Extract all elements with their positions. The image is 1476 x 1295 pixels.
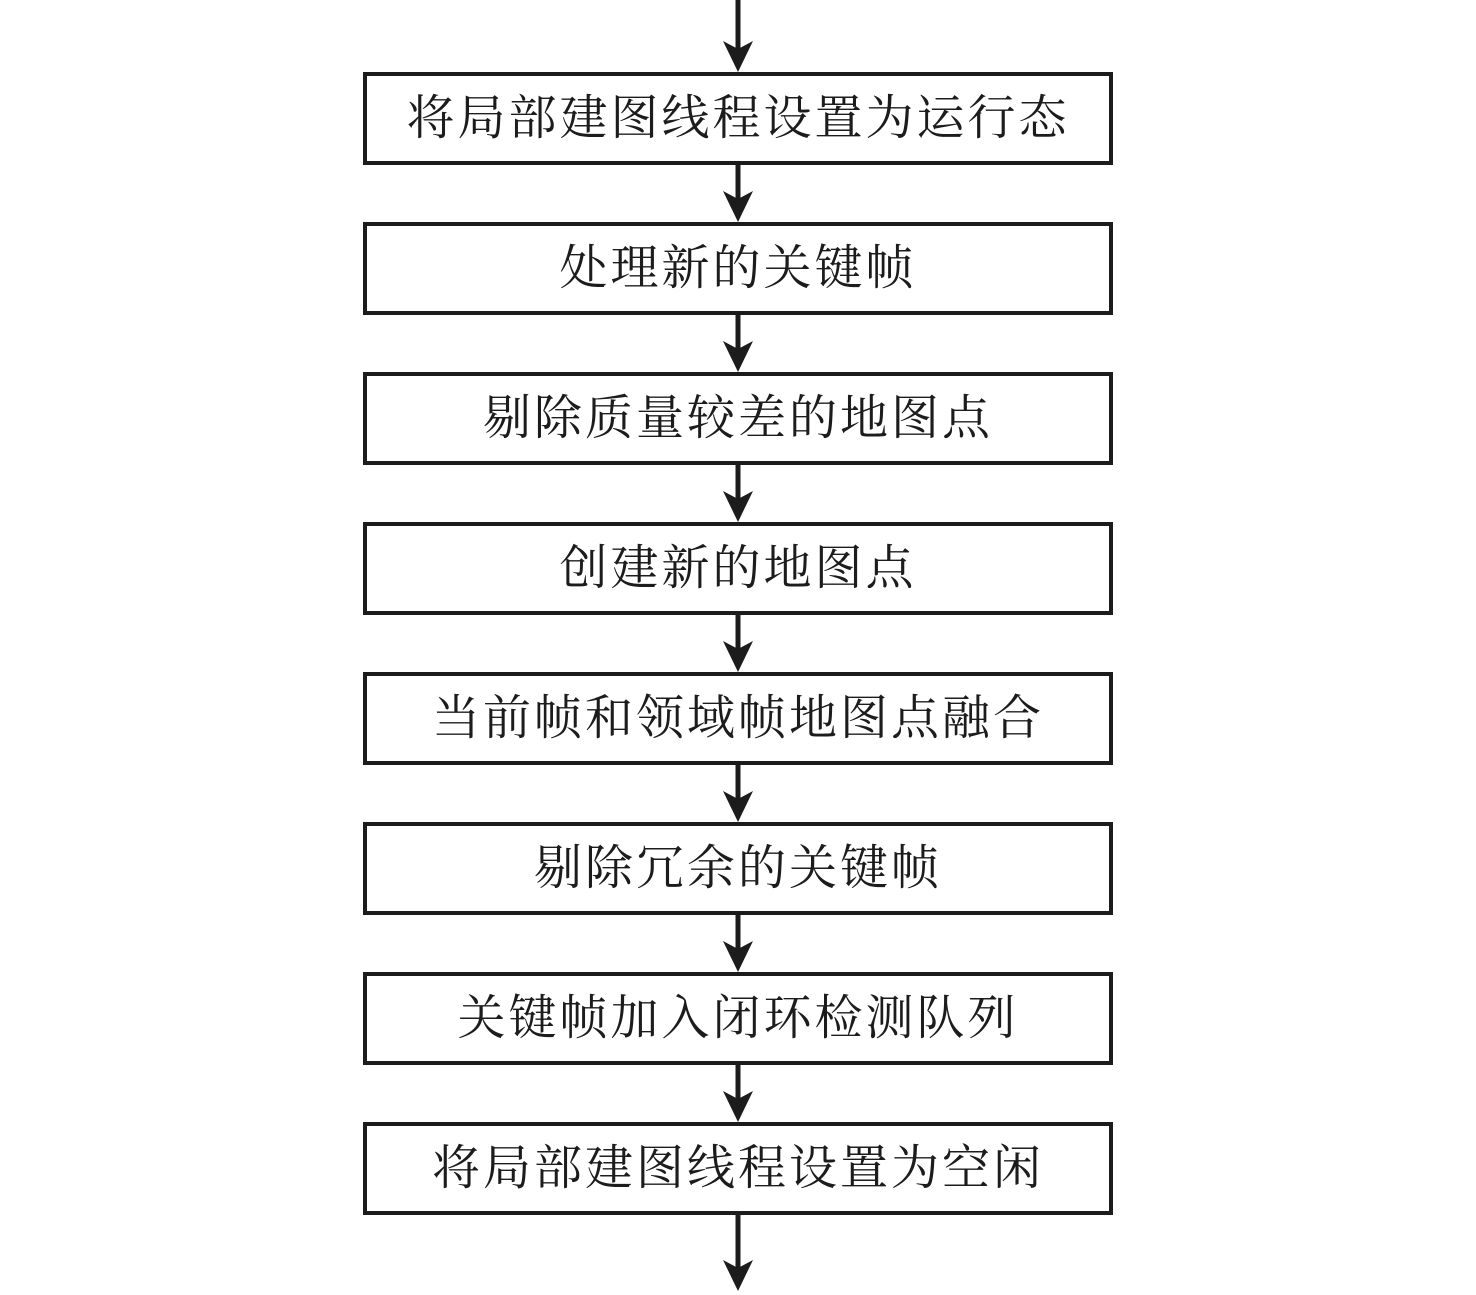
- flow-connector-arrow-icon: [720, 315, 756, 372]
- flowchart-step-2: 处理新的关键帧: [363, 222, 1113, 315]
- step-label: 关键帧加入闭环检测队列: [457, 995, 1018, 1043]
- flow-connector-arrow-icon: [720, 165, 756, 222]
- flow-connector-arrow-icon: [720, 1065, 756, 1122]
- step-label: 创建新的地图点: [559, 545, 916, 593]
- flowchart: 将局部建图线程设置为运行态处理新的关键帧剔除质量较差的地图点创建新的地图点当前帧…: [0, 0, 1476, 1295]
- flow-connector-arrow-icon: [720, 465, 756, 522]
- step-label: 处理新的关键帧: [559, 245, 916, 293]
- flowchart-step-6: 剔除冗余的关键帧: [363, 822, 1113, 915]
- step-label: 剔除质量较差的地图点: [483, 395, 993, 443]
- flowchart-step-1: 将局部建图线程设置为运行态: [363, 72, 1113, 165]
- flowchart-step-3: 剔除质量较差的地图点: [363, 372, 1113, 465]
- flow-entry-arrow-icon: [720, 0, 756, 72]
- flowchart-step-8: 将局部建图线程设置为空闲: [363, 1122, 1113, 1215]
- step-label: 将局部建图线程设置为空闲: [432, 1145, 1044, 1193]
- flow-exit-arrow-icon: [720, 1215, 756, 1291]
- step-label: 将局部建图线程设置为运行态: [406, 95, 1069, 143]
- step-label: 当前帧和领域帧地图点融合: [432, 695, 1044, 743]
- flow-connector-arrow-icon: [720, 915, 756, 972]
- flowchart-step-5: 当前帧和领域帧地图点融合: [363, 672, 1113, 765]
- flowchart-step-4: 创建新的地图点: [363, 522, 1113, 615]
- step-label: 剔除冗余的关键帧: [534, 845, 942, 893]
- flow-connector-arrow-icon: [720, 615, 756, 672]
- flowchart-step-7: 关键帧加入闭环检测队列: [363, 972, 1113, 1065]
- flow-connector-arrow-icon: [720, 765, 756, 822]
